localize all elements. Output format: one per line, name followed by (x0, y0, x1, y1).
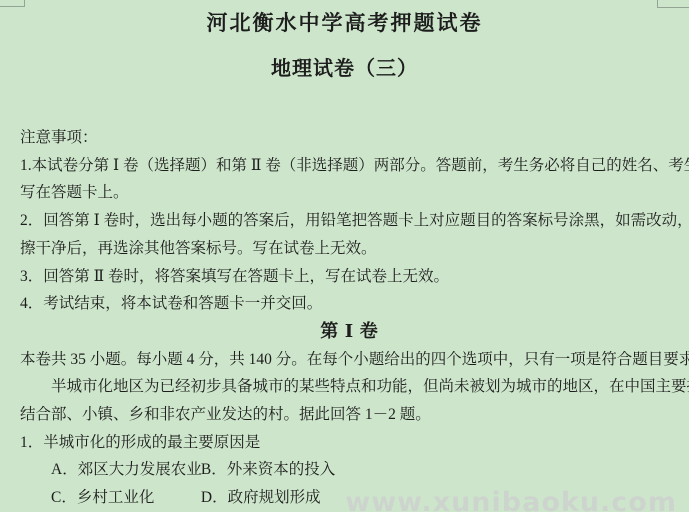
paper-title: 河北衡水中学高考押题试卷 (0, 7, 689, 37)
question-1-option-d: D．政府规划形成 (201, 489, 321, 506)
watermark: www.xunibaoku.com (345, 487, 677, 512)
passage-line-1: 半城市化地区为已经初步具备城市的某些特点和功能，但尚未被划为城市的地区，在中国主… (20, 373, 679, 401)
question-1-option-c: C．乡村工业化 (51, 484, 197, 512)
notice-item-2-line-2: 擦干净后，再选涂其他答案标号。写在试卷上无效。 (20, 235, 679, 263)
paper-subtitle: 地理试卷（三） (0, 52, 689, 81)
notice-item-3: 3．回答第 Ⅱ 卷时，将答案填写在答题卡上，写在试卷上无效。 (20, 263, 679, 291)
paper-body: 注意事项： 1.本试卷分第 Ⅰ 卷（选择题）和第 Ⅱ 卷（非选择题）两部分。答题… (20, 124, 679, 512)
notice-heading: 注意事项： (20, 124, 679, 152)
section1-heading: 第 Ⅰ 卷 (20, 318, 679, 346)
question-1-stem: 1．半城市化的形成的最主要原因是 (20, 429, 679, 457)
passage-line-2: 结合部、小镇、乡和非农产业发达的村。据此回答 1－2 题。 (20, 401, 679, 429)
notice-item-1-line-2: 写在答题卡上。 (20, 179, 679, 207)
question-1-option-b: B．外来资本的投入 (201, 461, 335, 478)
notice-item-2-line-1: 2．回答第 Ⅰ 卷时，选出每小题的答案后，用铅笔把答题卡上对应题目的答案标号涂黑… (20, 207, 679, 235)
question-1-options-row-1: A．郊区大力发展农业 B．外来资本的投入 (20, 456, 679, 484)
notice-item-1-line-1: 1.本试卷分第 Ⅰ 卷（选择题）和第 Ⅱ 卷（非选择题）两部分。答题前，考生务必… (20, 152, 679, 180)
crop-mark-top-left-vertical (24, 0, 25, 7)
section1-instruction: 本卷共 35 小题。每小题 4 分，共 140 分。在每个小题给出的四个选项中，… (20, 346, 679, 374)
notice-item-4: 4．考试结束，将本试卷和答题卡一并交回。 (20, 290, 679, 318)
exam-paper-page: 河北衡水中学高考押题试卷 地理试卷（三） 注意事项： 1.本试卷分第 Ⅰ 卷（选… (0, 0, 689, 512)
question-1-option-a: A．郊区大力发展农业 (51, 456, 197, 484)
